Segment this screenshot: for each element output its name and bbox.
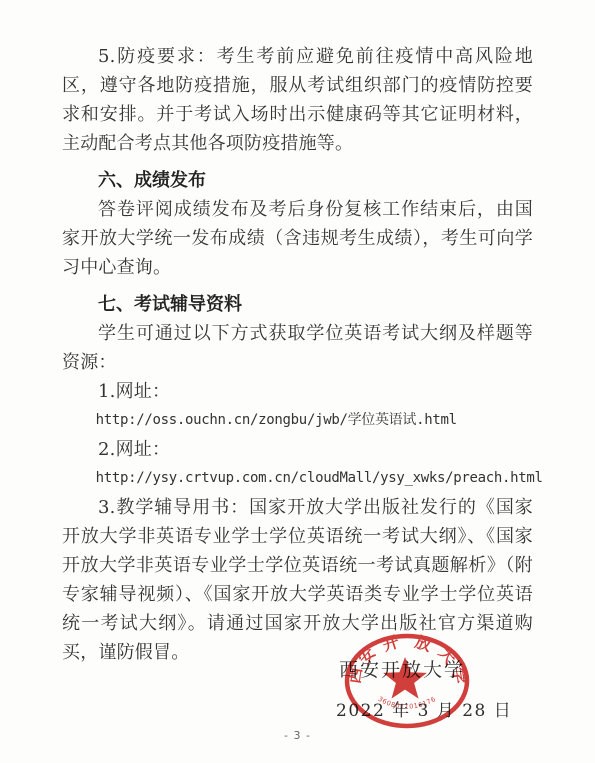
document-body: 5.防疫要求：考生考前应避免前往疫情中高风险地区，遵守各地防疫措施，服从考试组织… [62,42,533,667]
paragraph-materials-intro: 学生可通过以下方式获取学位英语考试大纲及样题等资源： [62,319,533,377]
page-number: - 3 - [0,729,595,742]
url-1-label: 1.网址： [62,377,533,406]
document-page: 5.防疫要求：考生考前应避免前往疫情中高风险地区，遵守各地防疫措施，服从考试组织… [0,0,595,763]
url-text-1: http://oss.ouchn.cn/zongbu/jwb/学位英语试.htm… [62,406,533,435]
paragraph-results-release: 答卷评阅成绩发布及考后身份复核工作结束后，由国家开放大学统一发布成绩（含违规考生… [62,195,533,282]
paragraph-textbooks: 3.教学辅导用书：国家开放大学出版社发行的《国家开放大学非英语专业学士学位英语统… [62,493,533,667]
section-heading-results: 六、成绩发布 [62,166,533,195]
paragraph-covid-requirements: 5.防疫要求：考生考前应避免前往疫情中高风险地区，遵守各地防疫措施，服从考试组织… [62,42,533,158]
signature-organization: 西安开放大学 [339,655,465,682]
url-text-2: http://ysy.crtvup.com.cn/cloudMall/ysy_x… [62,464,533,493]
signature-date: 2022 年 3 月 28 日 [336,696,512,721]
url-2-label: 2.网址： [62,435,533,464]
section-heading-materials: 七、考试辅导资料 [62,290,533,319]
